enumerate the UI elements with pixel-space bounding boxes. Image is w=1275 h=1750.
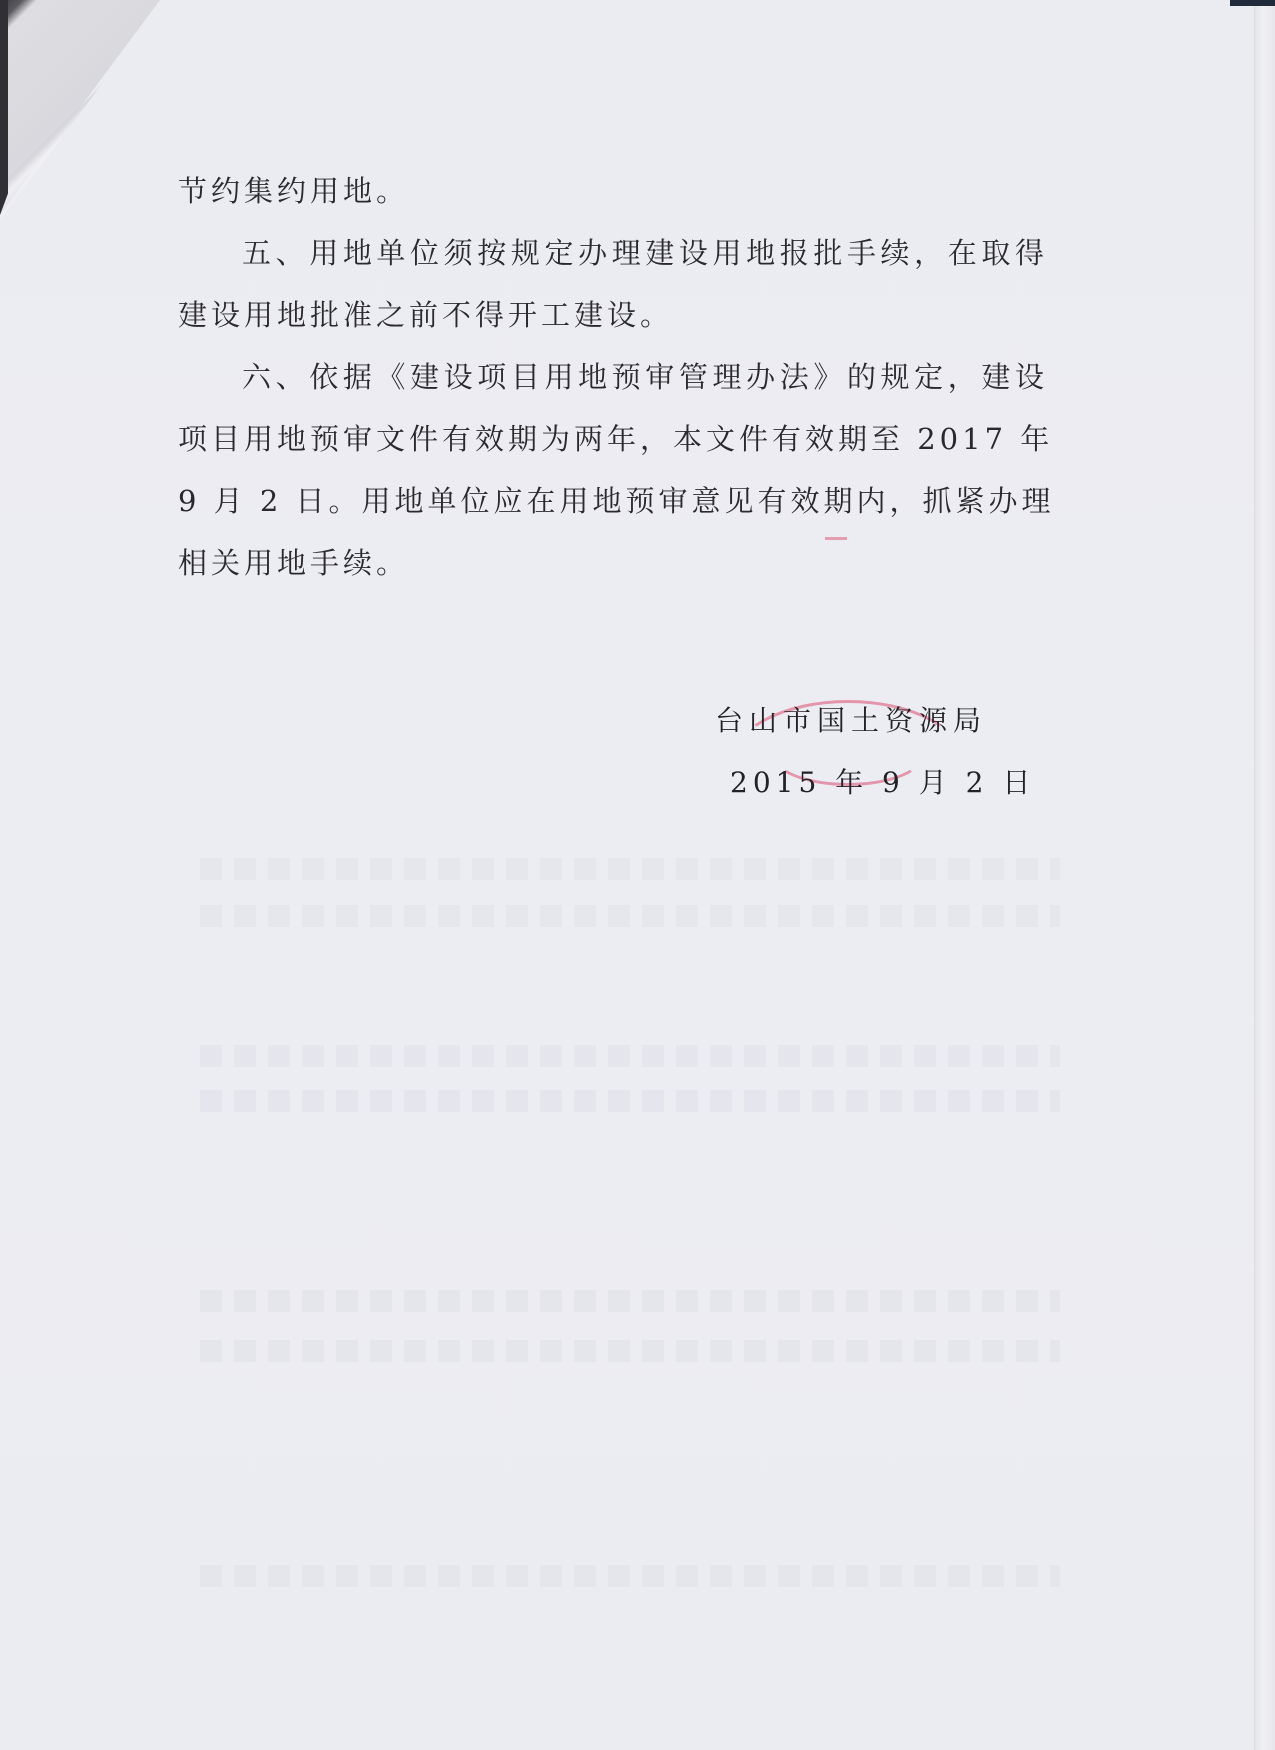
issuer-name: 台山市国土资源局 — [715, 690, 1035, 752]
scanned-page: 节约集约用地。 五、用地单位须按规定办理建设用地报批手续，在取得 建设用地批准之… — [0, 0, 1275, 1750]
bleed-through-texture — [200, 1045, 1060, 1067]
bleed-through-texture — [200, 858, 1060, 880]
paragraph-line: 项目用地预审文件有效期为两年，本文件有效期至 2017 年 — [178, 408, 1048, 470]
seal-mark — [825, 537, 847, 540]
folded-corner — [0, 0, 165, 220]
bleed-through-texture — [200, 905, 1060, 927]
signature-block: 台山市国土资源局 2015 年 9 月 2 日 — [715, 690, 1035, 814]
paragraph-line: 相关用地手续。 — [178, 532, 1048, 594]
paragraph-line: 节约集约用地。 — [178, 160, 1048, 222]
paragraph-line: 六、依据《建设项目用地预审管理办法》的规定，建设 — [178, 346, 1048, 408]
issue-date: 2015 年 9 月 2 日 — [715, 752, 1035, 814]
scan-edge-top-right — [1230, 0, 1275, 6]
paragraph-line: 建设用地批准之前不得开工建设。 — [178, 284, 1048, 346]
paragraph-line: 9 月 2 日。用地单位应在用地预审意见有效期内，抓紧办理 — [178, 470, 1048, 532]
paragraph-line: 五、用地单位须按规定办理建设用地报批手续，在取得 — [178, 222, 1048, 284]
document-body: 节约集约用地。 五、用地单位须按规定办理建设用地报批手续，在取得 建设用地批准之… — [178, 160, 1048, 594]
bleed-through-texture — [200, 1290, 1060, 1312]
scan-edge-right — [1254, 0, 1275, 1750]
bleed-through-texture — [200, 1340, 1060, 1362]
scan-edge-left — [0, 0, 8, 215]
bleed-through-texture — [200, 1090, 1060, 1112]
bleed-through-texture — [200, 1565, 1060, 1587]
